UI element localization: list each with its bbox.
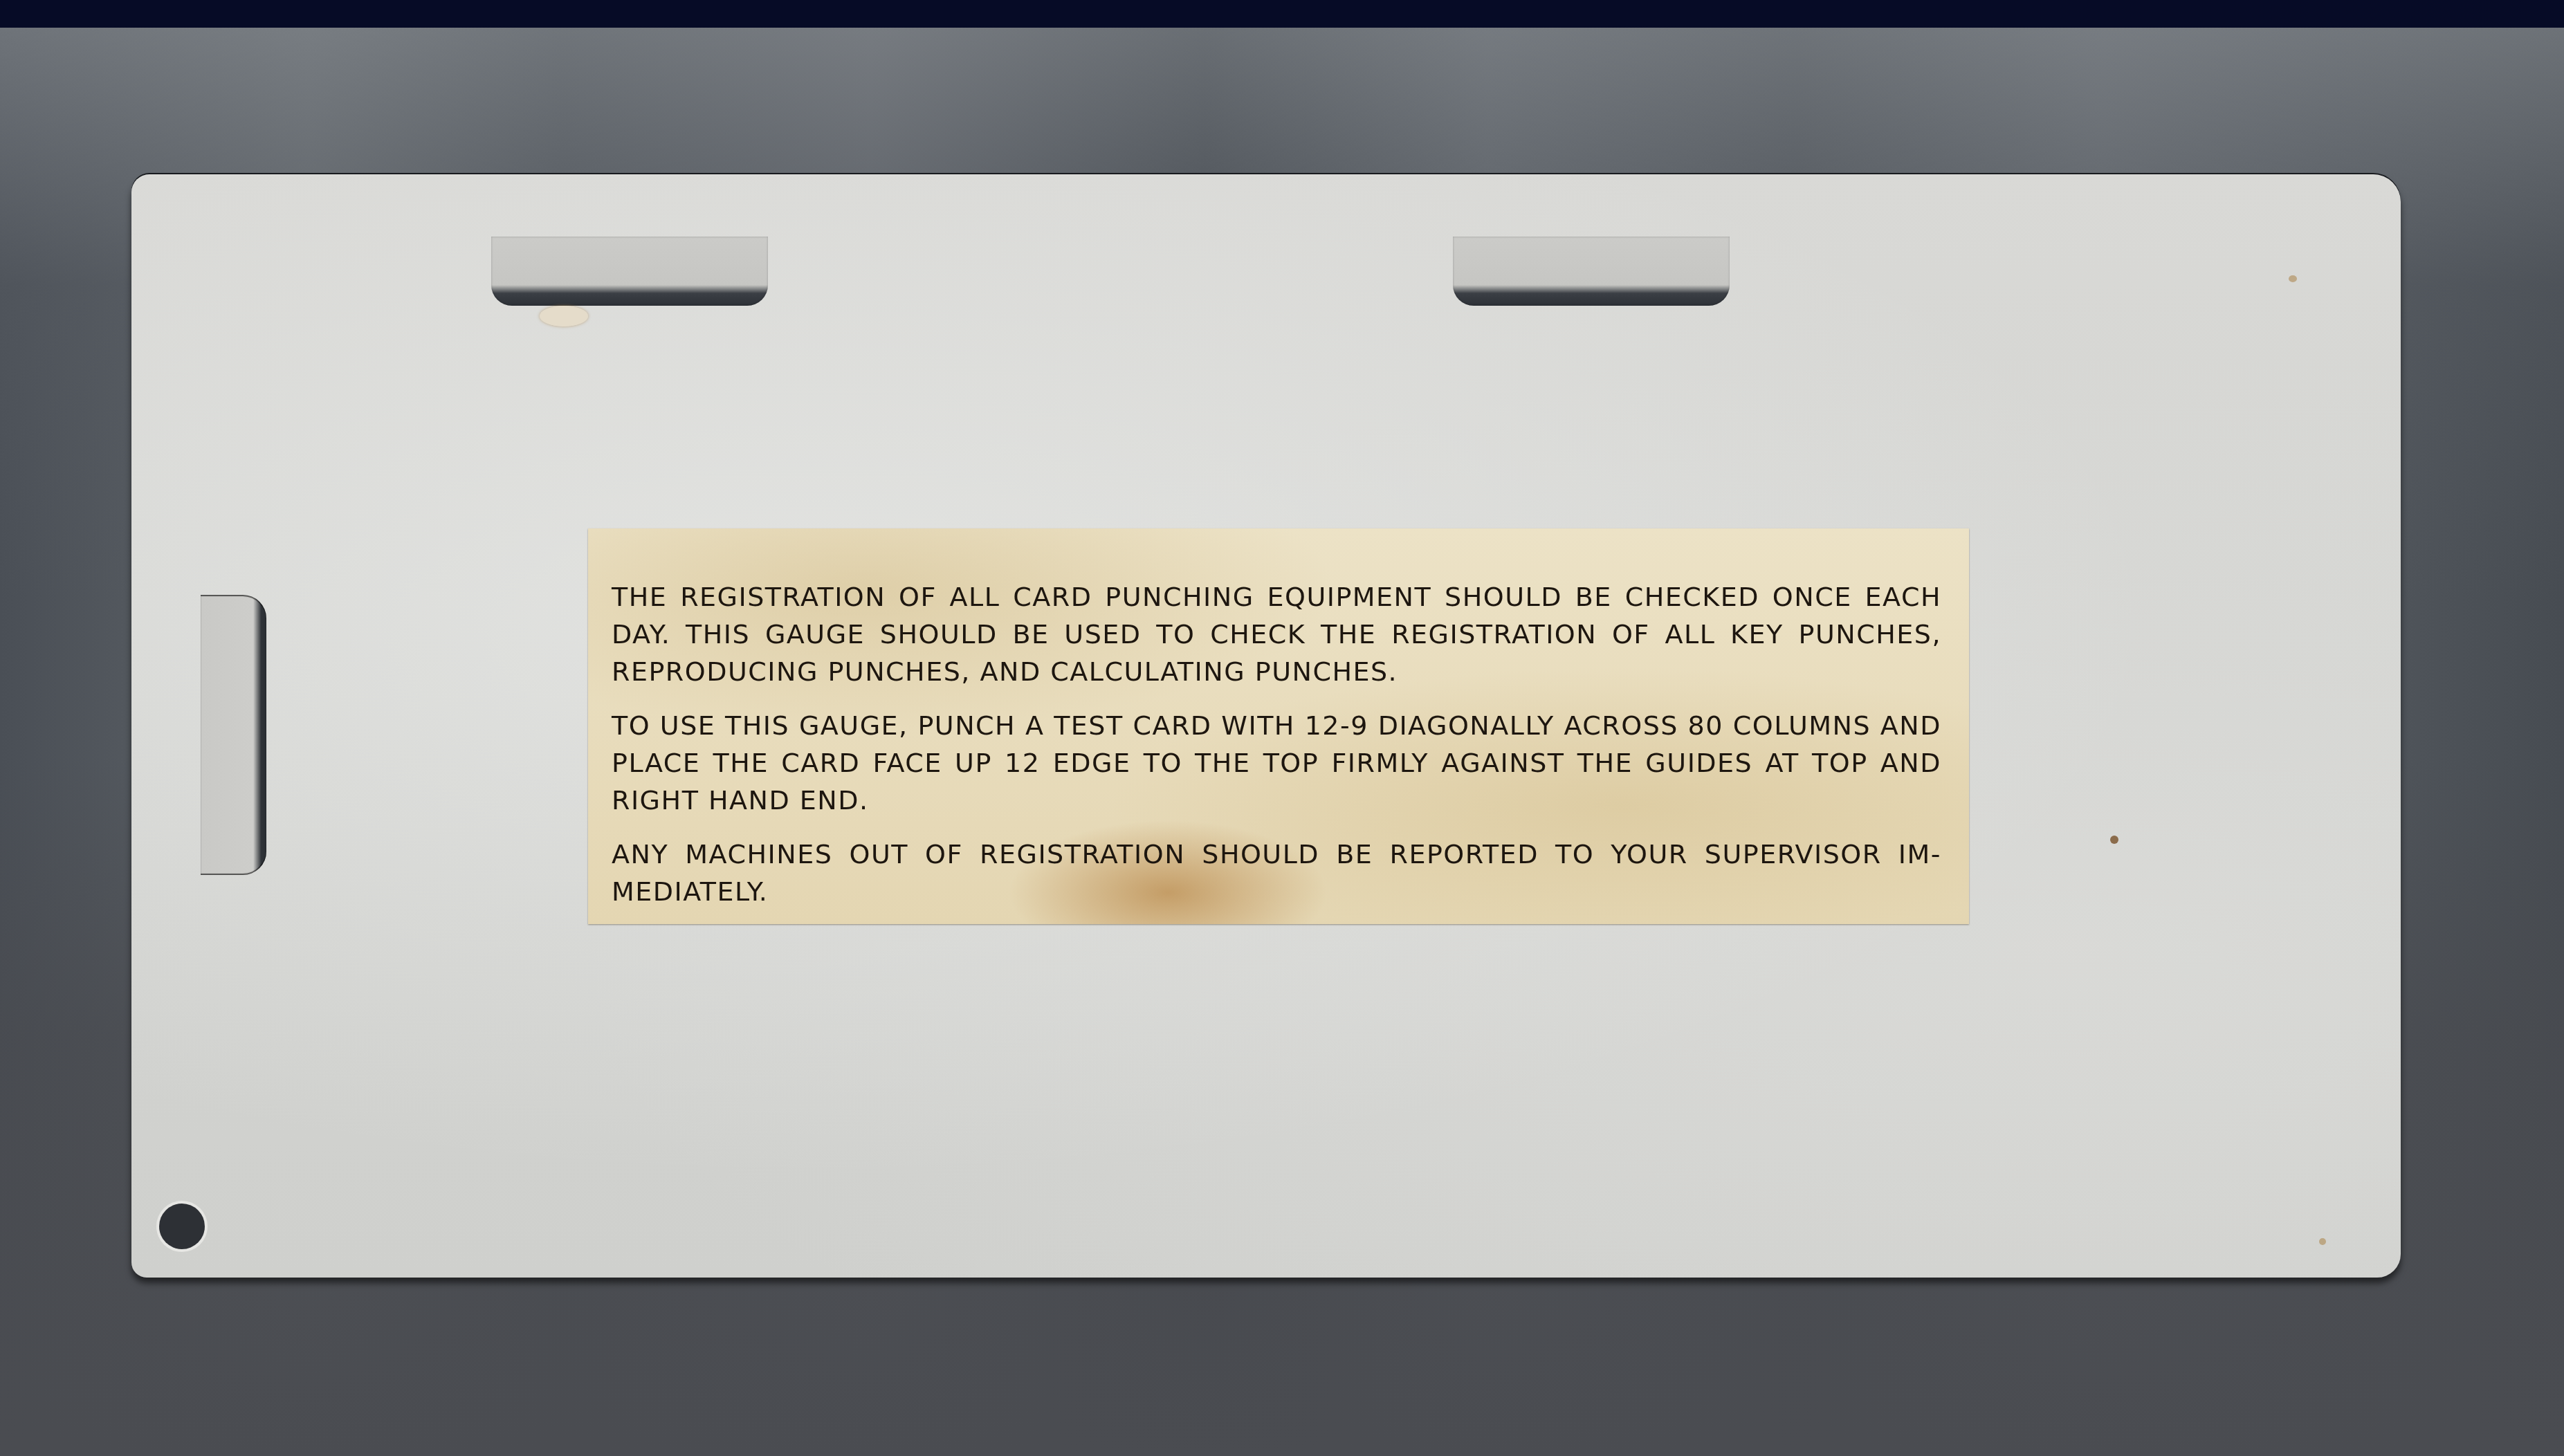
instruction-label: THE REGISTRATION OF ALL CARD PUNCHING EQ… bbox=[588, 528, 1969, 924]
label-paragraph-1: THE REGISTRATION OF ALL CARD PUNCHING EQ… bbox=[612, 578, 1941, 690]
corrosion-spot bbox=[540, 306, 588, 326]
top-band bbox=[0, 0, 2564, 28]
mounting-hole bbox=[159, 1204, 205, 1249]
top-guide-slot-left bbox=[491, 237, 768, 306]
corrosion-spot bbox=[2110, 836, 2118, 844]
corrosion-spot bbox=[2289, 275, 2297, 282]
gauge-plate: THE REGISTRATION OF ALL CARD PUNCHING EQ… bbox=[131, 174, 2401, 1278]
label-paragraph-2: TO USE THIS GAUGE, PUNCH A TEST CARD WIT… bbox=[612, 707, 1941, 819]
side-guide-notch bbox=[201, 595, 266, 875]
top-guide-slot-right bbox=[1453, 237, 1730, 306]
corrosion-spot bbox=[2319, 1238, 2326, 1245]
label-paragraph-3: ANY MACHINES OUT OF REGISTRATION SHOULD … bbox=[612, 836, 1941, 910]
